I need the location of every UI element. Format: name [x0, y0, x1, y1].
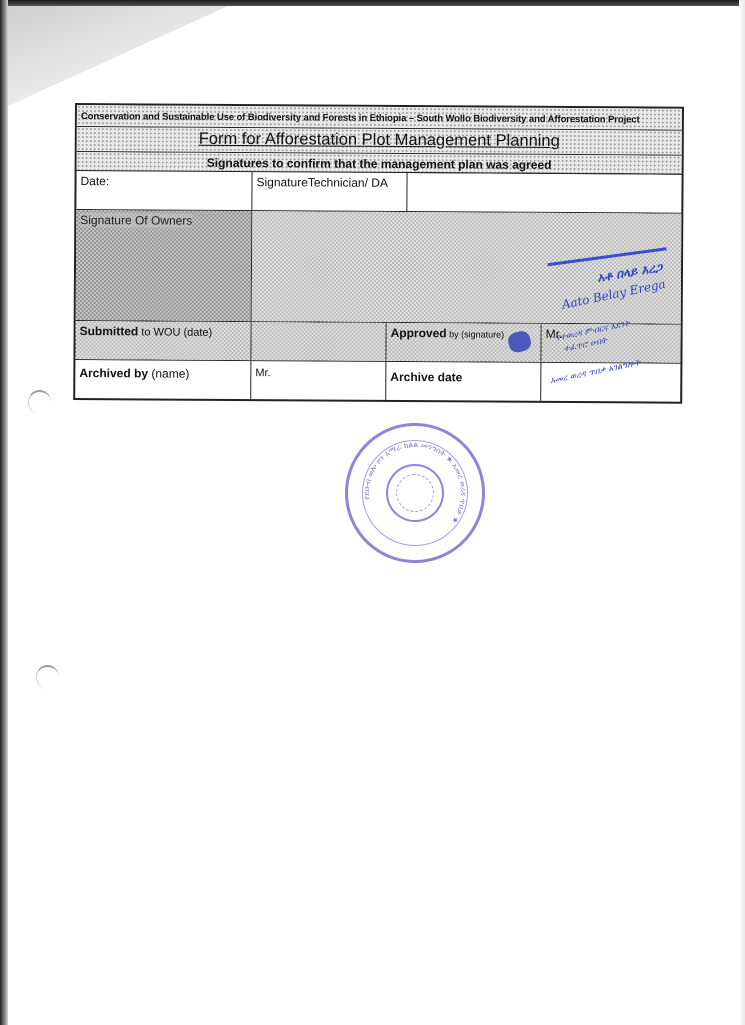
project-header: Conservation and Sustainable Use of Biod… [77, 105, 682, 130]
date-row: Date: SignatureTechnician/ DA [76, 171, 681, 214]
owners-label-cell: Signature Of Owners [76, 210, 253, 321]
archived-label-bold: Archived by [79, 366, 148, 380]
signature-scribble [506, 329, 532, 354]
owners-signature-field[interactable]: አቶ በላይ እረጋ Aato Belay Erega [252, 211, 682, 324]
archive-date-label-cell: Archive date [386, 362, 541, 401]
technician-signature-field[interactable]: SignatureTechnician/ DA [252, 172, 407, 211]
archive-date-field[interactable]: አመረ ወረዳ ጥበቃ አገልግሎት [541, 363, 680, 402]
approved-label-cell: Approved by (signature) [386, 323, 541, 362]
form-title: Form for Afforestation Plot Management P… [77, 127, 682, 155]
approved-label-rest: by (signature) [447, 329, 505, 339]
folded-corner [8, 6, 228, 106]
submitted-label-bold: Submitted [80, 324, 139, 338]
archived-value: Mr. [255, 367, 270, 379]
section-title: Signatures to confirm that the managemen… [77, 152, 682, 174]
owners-row: Signature Of Owners አቶ በላይ እረጋ Aato Bela… [76, 210, 682, 325]
seal-text-ring: የደቡብ ወሎ ዞን አማራ ክልል መንግስት ★ አመረ ወረዳ ጥበቃ ★ [339, 417, 490, 568]
approved-signature-field[interactable]: Mr. የተወረዳ ምብርና እደገት ተፈጥሮ ሀብት [541, 324, 680, 363]
approved-label-bold: Approved [391, 326, 447, 340]
svg-text:የደቡብ ወሎ ዞን አማራ ክልል መንግስት ★ አመረ: የደቡብ ወሎ ዞን አማራ ክልል መንግስት ★ አመረ ወረዳ ጥበቃ ★ [355, 433, 473, 538]
owners-label: Signature Of Owners [80, 213, 192, 228]
punch-hole [28, 390, 51, 414]
archived-name-field[interactable]: Mr. [251, 361, 386, 400]
management-plan-form: Conservation and Sustainable Use of Biod… [73, 103, 684, 404]
submitted-date-field[interactable] [251, 322, 386, 361]
handwriting-line-3: አመረ ወረዳ ጥበቃ አገልግሎት [549, 358, 641, 386]
scan-top-edge [0, 0, 745, 6]
submitted-label-rest: to WOU (date) [138, 326, 212, 338]
scan-left-edge [0, 0, 8, 1025]
date-field[interactable]: Date: [76, 171, 252, 210]
seal-outer-text: የደቡብ ወሎ ዞን አማራ ክልል መንግስት ★ አመረ ወረዳ ጥበቃ ★ [355, 433, 473, 538]
title-row: Form for Afforestation Plot Management P… [77, 127, 682, 156]
punch-hole [36, 665, 59, 689]
archived-label-rest: (name) [148, 366, 189, 380]
date-label: Date: [80, 174, 109, 188]
form-title-text: Form for Afforestation Plot Management P… [199, 130, 560, 150]
official-seal: የደቡብ ወሎ ዞን አማራ ክልል መንግስት ★ አመረ ወረዳ ጥበቃ ★ [336, 414, 494, 572]
scan-right-edge [739, 0, 745, 1025]
technician-label: SignatureTechnician/ DA [256, 175, 388, 190]
submitted-row: Submitted to WOU (date) Approved by (sig… [75, 321, 680, 364]
submitted-label-cell: Submitted to WOU (date) [75, 321, 251, 360]
technician-signature-value[interactable] [407, 172, 681, 213]
archive-date-label: Archive date [390, 370, 462, 384]
archived-row: Archived by (name) Mr. Archive date አመረ … [75, 360, 680, 402]
archived-label-cell: Archived by (name) [75, 360, 251, 399]
